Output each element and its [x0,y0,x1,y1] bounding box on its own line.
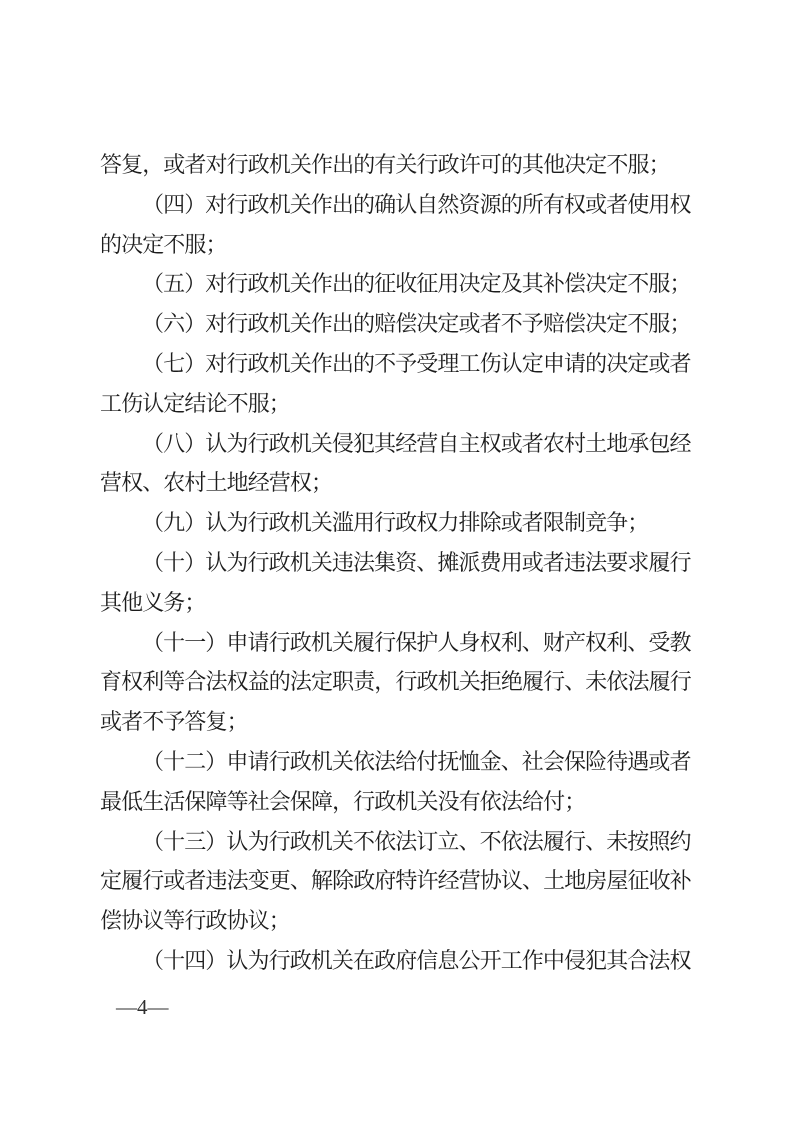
document-line: （四）对行政机关作出的确认自然资源的所有权或者使用权 [100,185,740,225]
document-line: （七）对行政机关作出的不予受理工伤认定申请的决定或者 [100,344,740,384]
document-line: （九）认为行政机关滥用行政权力排除或者限制竞争； [100,503,740,543]
document-line: 定履行或者违法变更、解除政府特许经营协议、土地房屋征收补 [100,861,740,901]
document-line: 工伤认定结论不服； [100,384,740,424]
document-line: （六）对行政机关作出的赔偿决定或者不予赔偿决定不服； [100,304,740,344]
document-line: 的决定不服； [100,225,740,265]
document-line: （八）认为行政机关侵犯其经营自主权或者农村土地承包经 [100,424,740,464]
document-line: 答复，或者对行政机关作出的有关行政许可的其他决定不服； [100,145,740,185]
document-line: （五）对行政机关作出的征收征用决定及其补偿决定不服； [100,264,740,304]
document-line: （十二）申请行政机关依法给付抚恤金、社会保险待遇或者 [100,742,740,782]
page-number: —4— [116,994,169,1020]
document-line: （十）认为行政机关违法集资、摊派费用或者违法要求履行 [100,543,740,583]
document-line: （十四）认为行政机关在政府信息公开工作中侵犯其合法权 [100,941,740,981]
document-line: 营权、农村土地经营权； [100,463,740,503]
document-line: （十一）申请行政机关履行保护人身权利、财产权利、受教 [100,623,740,663]
document-line: 其他义务； [100,583,740,623]
document-line: 偿协议等行政协议； [100,901,740,941]
document-line: 最低生活保障等社会保障，行政机关没有依法给付； [100,782,740,822]
document-line: 或者不予答复； [100,702,740,742]
document-page: 答复，或者对行政机关作出的有关行政许可的其他决定不服；（四）对行政机关作出的确认… [0,0,793,1122]
document-body: 答复，或者对行政机关作出的有关行政许可的其他决定不服；（四）对行政机关作出的确认… [100,145,740,981]
document-line: 育权利等合法权益的法定职责，行政机关拒绝履行、未依法履行 [100,662,740,702]
document-line: （十三）认为行政机关不依法订立、不依法履行、未按照约 [100,822,740,862]
